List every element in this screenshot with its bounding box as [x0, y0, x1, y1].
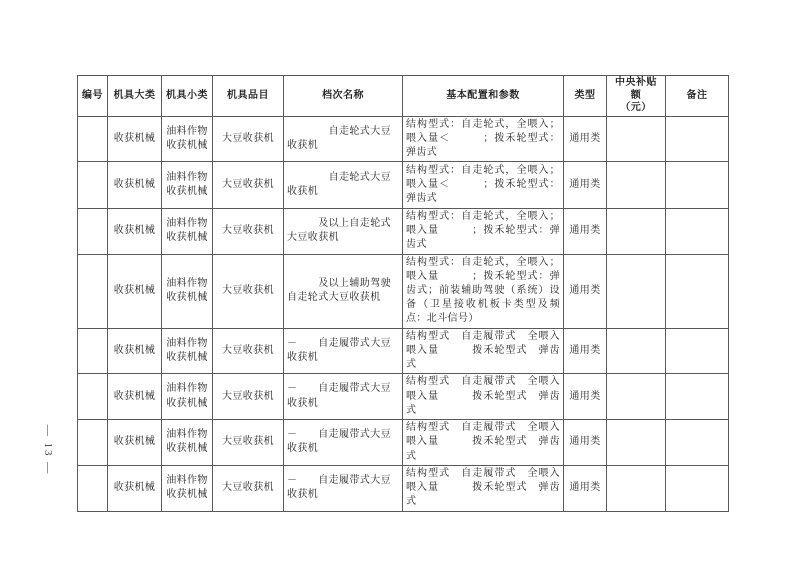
cell-no — [78, 328, 108, 374]
cell-subcategory: 油料作物收获机械 — [162, 254, 213, 328]
cell-config: 结构型式：自走轮式，全喂入；喂入量＜ ；拨禾轮型式：弹齿式 — [403, 162, 564, 209]
table-row: 收获机械油料作物收获机械大豆收获机 及以上自走轮式大豆收获机结构型式：自走轮式，… — [78, 209, 729, 255]
cell-subcategory: 油料作物收获机械 — [162, 116, 213, 162]
cell-item: 大豆收获机 — [213, 328, 284, 374]
column-header-subcategory: 机具小类 — [162, 76, 213, 117]
table-row: 收获机械油料作物收获机械大豆收获机 自走轮式大豆收获机结构型式：自走轮式，全喂入… — [78, 116, 729, 162]
cell-remark — [666, 116, 729, 162]
column-header-remark: 备注 — [666, 76, 729, 117]
cell-subcategory: 油料作物收获机械 — [162, 374, 213, 420]
cell-subsidy — [607, 116, 666, 162]
cell-config: 结构型式：自走轮式，全喂入；喂入量＜ ；拨禾轮型式：弹齿式 — [403, 116, 564, 162]
cell-config: 结构型式 自走履带式 全喂入 喂入量 拨禾轮型式 弹齿式 — [403, 420, 564, 466]
table-header: 编号 机具大类 机具小类 机具品目 档次名称 基本配置和参数 类型 中央补贴额 … — [78, 76, 729, 117]
cell-type: 通用类 — [564, 116, 607, 162]
cell-subcategory: 油料作物收获机械 — [162, 162, 213, 209]
cell-category: 收获机械 — [108, 254, 162, 328]
cell-item: 大豆收获机 — [213, 465, 284, 511]
cell-remark — [666, 162, 729, 209]
cell-no — [78, 465, 108, 511]
cell-category: 收获机械 — [108, 116, 162, 162]
cell-config: 结构型式：自走轮式，全喂入；喂入量 ；拨禾轮型式：弹齿式 — [403, 209, 564, 255]
cell-subcategory: 油料作物收获机械 — [162, 465, 213, 511]
cell-config: 结构型式 自走履带式 全喂入 喂入量 拨禾轮型式 弹齿式 — [403, 374, 564, 420]
table-row: 收获机械油料作物收获机械大豆收获机－ 自走履带式大豆收获机结构型式 自走履带式 … — [78, 465, 729, 511]
cell-no — [78, 162, 108, 209]
cell-type: 通用类 — [564, 465, 607, 511]
cell-config: 结构型式 自走履带式 全喂入 喂入量 拨禾轮型式 弹齿式 — [403, 328, 564, 374]
column-header-type: 类型 — [564, 76, 607, 117]
cell-item: 大豆收获机 — [213, 116, 284, 162]
cell-category: 收获机械 — [108, 162, 162, 209]
cell-subcategory: 油料作物收获机械 — [162, 328, 213, 374]
cell-remark — [666, 374, 729, 420]
cell-category: 收获机械 — [108, 209, 162, 255]
cell-subsidy — [607, 209, 666, 255]
cell-category: 收获机械 — [108, 420, 162, 466]
subsidy-table: 编号 机具大类 机具小类 机具品目 档次名称 基本配置和参数 类型 中央补贴额 … — [77, 75, 729, 512]
cell-grade: － 自走履带式大豆收获机 — [284, 374, 403, 420]
cell-subsidy — [607, 162, 666, 209]
header-row: 编号 机具大类 机具小类 机具品目 档次名称 基本配置和参数 类型 中央补贴额 … — [78, 76, 729, 117]
cell-remark — [666, 420, 729, 466]
table-row: 收获机械油料作物收获机械大豆收获机 自走轮式大豆收获机结构型式：自走轮式，全喂入… — [78, 162, 729, 209]
cell-no — [78, 209, 108, 255]
column-header-item: 机具品目 — [213, 76, 284, 117]
column-header-no: 编号 — [78, 76, 108, 117]
cell-remark — [666, 328, 729, 374]
cell-config: 结构型式：自走轮式，全喂入；喂入量 ；拨禾轮型式：弹齿式；前装辅助驾驶（系统）设… — [403, 254, 564, 328]
cell-subsidy — [607, 465, 666, 511]
cell-no — [78, 374, 108, 420]
document-page: — 13 — 编号 机具大类 机具小类 机具品目 档次名称 基本配置和参数 类型… — [0, 0, 800, 565]
column-header-grade: 档次名称 — [284, 76, 403, 117]
cell-type: 通用类 — [564, 162, 607, 209]
table-row: 收获机械油料作物收获机械大豆收获机－ 自走履带式大豆收获机结构型式 自走履带式 … — [78, 374, 729, 420]
cell-item: 大豆收获机 — [213, 162, 284, 209]
cell-category: 收获机械 — [108, 328, 162, 374]
cell-no — [78, 116, 108, 162]
cell-grade: 自走轮式大豆收获机 — [284, 162, 403, 209]
cell-item: 大豆收获机 — [213, 374, 284, 420]
cell-type: 通用类 — [564, 374, 607, 420]
cell-grade: 及以上自走轮式大豆收获机 — [284, 209, 403, 255]
cell-subcategory: 油料作物收获机械 — [162, 420, 213, 466]
cell-subsidy — [607, 254, 666, 328]
cell-subsidy — [607, 420, 666, 466]
table-row: 收获机械油料作物收获机械大豆收获机－ 自走履带式大豆收获机结构型式 自走履带式 … — [78, 328, 729, 374]
cell-config: 结构型式 自走履带式 全喂入 喂入量 拨禾轮型式 弹齿式 — [403, 465, 564, 511]
cell-grade: － 自走履带式大豆收获机 — [284, 465, 403, 511]
cell-grade: 及以上辅助驾驶自走轮式大豆收获机 — [284, 254, 403, 328]
cell-no — [78, 420, 108, 466]
cell-remark — [666, 254, 729, 328]
column-header-config: 基本配置和参数 — [403, 76, 564, 117]
cell-category: 收获机械 — [108, 465, 162, 511]
cell-type: 通用类 — [564, 328, 607, 374]
cell-type: 通用类 — [564, 420, 607, 466]
cell-type: 通用类 — [564, 209, 607, 255]
cell-subsidy — [607, 374, 666, 420]
table-row: 收获机械油料作物收获机械大豆收获机 及以上辅助驾驶自走轮式大豆收获机结构型式：自… — [78, 254, 729, 328]
cell-remark — [666, 209, 729, 255]
cell-item: 大豆收获机 — [213, 420, 284, 466]
cell-item: 大豆收获机 — [213, 254, 284, 328]
cell-subsidy — [607, 328, 666, 374]
cell-category: 收获机械 — [108, 374, 162, 420]
table-row: 收获机械油料作物收获机械大豆收获机－ 自走履带式大豆收获机结构型式 自走履带式 … — [78, 420, 729, 466]
cell-grade: － 自走履带式大豆收获机 — [284, 328, 403, 374]
cell-type: 通用类 — [564, 254, 607, 328]
cell-remark — [666, 465, 729, 511]
cell-no — [78, 254, 108, 328]
cell-item: 大豆收获机 — [213, 209, 284, 255]
column-header-subsidy: 中央补贴额 （元） — [607, 76, 666, 117]
page-number: — 13 — — [42, 425, 54, 476]
column-header-category: 机具大类 — [108, 76, 162, 117]
cell-grade: 自走轮式大豆收获机 — [284, 116, 403, 162]
cell-subcategory: 油料作物收获机械 — [162, 209, 213, 255]
cell-grade: － 自走履带式大豆收获机 — [284, 420, 403, 466]
table-body: 收获机械油料作物收获机械大豆收获机 自走轮式大豆收获机结构型式：自走轮式，全喂入… — [78, 116, 729, 511]
